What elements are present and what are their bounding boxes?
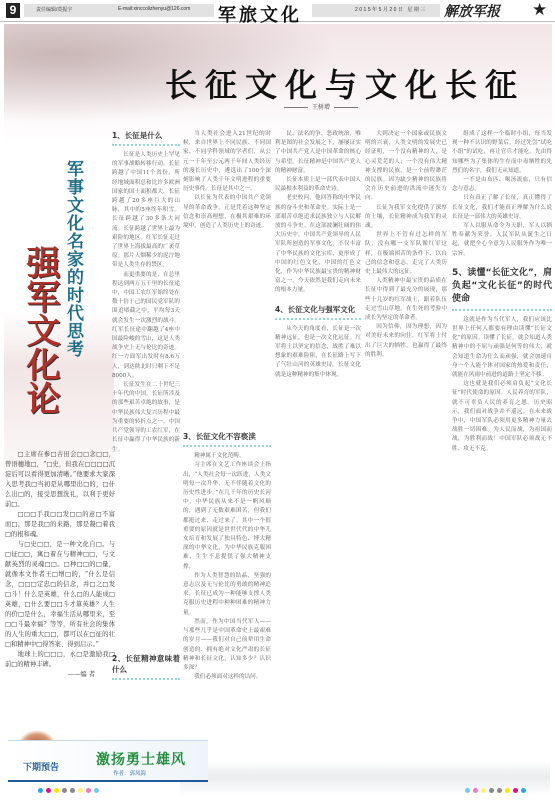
- paragraph: 习主席在文艺工作座谈会上指出，“人类社会每一次跃进，人类文明每一次升华，无不伴随…: [183, 461, 271, 571]
- paragraph: 精神属于文化范畴。: [183, 452, 271, 461]
- paragraph: 一不是由布匹、喝汤流血，只有信念与意志。: [452, 176, 552, 194]
- dotted-divider: [183, 445, 271, 448]
- color-dot: [497, 788, 502, 793]
- newspaper-logo: 解放军报: [444, 1, 500, 21]
- preview-title: 激扬勇士雄风: [96, 749, 186, 769]
- registration-marks-right: [465, 788, 526, 793]
- section-heading: 4、长征文化与强军文化: [275, 304, 361, 315]
- section-heading: 5、读懂“长征文化”，肩负起“文化长征”的时代使命: [452, 267, 552, 306]
- paragraph: 人类精神中最宝贵的品质在长征中得到了最充分的展现，那些十几岁的红军战士，跟着队伍…: [365, 277, 447, 323]
- color-dot: [473, 788, 478, 793]
- color-dot: [489, 788, 494, 793]
- editor-note-paragraph: 与□史□□，是一种文化自□。与□征□□，寓□着在与精神□□，与文献英烈的灵魂□□…: [5, 540, 115, 650]
- paragraph: 组成了这样一个临时小组，每当发现一种不认识的野菜后，经过先尝“试吃小组”的试吃，…: [452, 130, 552, 176]
- editor-note-paragraph: 地球上的□□□，永□是激励我□前□的精神丰碑。: [5, 650, 115, 670]
- color-dot: [465, 788, 470, 793]
- color-dot: [38, 788, 43, 793]
- color-dot: [94, 788, 99, 793]
- series-title: 军事文化名家的时代思考: [66, 160, 86, 358]
- editor-note-paragraph: □□□手我□□发□□的意□不富而□，那是我□的来路，那是凝□着我□的根和魂。: [5, 510, 115, 540]
- article-column-1-lower: 2、长征精神意味着什么: [112, 645, 180, 735]
- issue-date: 2015年5月20日 星期三: [355, 6, 427, 13]
- paragraph: 然而，作为中国当代军人——与那些几乎是中国革命史上最艰难的岁月——我们对自己前辈…: [183, 618, 271, 673]
- paragraph: 只有真正了解了长征，真正懂得了长征文化，我们才能真正理解为什么说长征是一部伟大的…: [452, 194, 552, 222]
- paragraph: 长征发生在二十世纪三十年代的中国。长征所涉及的那些艰苦卓绝的故事，是中华民族伟大…: [112, 381, 180, 455]
- section-heading: 2、长征精神意味着什么: [112, 653, 180, 675]
- column-name-calligraphy: 强军文化论: [20, 245, 60, 415]
- paragraph: 长征本质上是一部代表中国人民最根本利益的革命史诗。: [275, 176, 361, 194]
- section-heading: 3、长征文化不容亵渎: [183, 431, 271, 442]
- paragraph: 军人以服从命令为天职，军人以牺牲奉献为荣誉。人民军队从诞生之日起，就把全心全意为…: [452, 222, 552, 259]
- color-dot: [78, 788, 83, 793]
- paragraph: 老史校问，他回答称的中华民族的奋斗史和革命史。实际上是一部艰苦卓绝追求民族独立与…: [275, 194, 361, 295]
- paragraph: 民、法名的争、恶政统治，唯利是图的社会发展之下，屡屡证实了中国共产党人是中国革命…: [275, 130, 361, 176]
- page-header: 9 责任编辑/莫振宇 E-mail:xinccolizhenyu@126.com…: [0, 0, 555, 22]
- dotted-divider: [112, 144, 180, 147]
- color-dot: [521, 788, 526, 793]
- color-dot: [62, 788, 67, 793]
- paragraph: 大到决定一个国家或民族文明的兴衰，人类文明的发展史已经证明，一个没有精神的人，是…: [365, 130, 447, 204]
- paragraph: 我们必须面对这样的诘问。: [183, 673, 271, 682]
- dotted-divider: [452, 309, 552, 312]
- article-column-3: 民、法名的争、恶政统治，唯利是图的社会发展之下，屡屡证实了中国共产党人是中国革命…: [275, 130, 361, 790]
- editor-signature: ——编 者: [5, 670, 115, 680]
- star-icon: ★: [532, 0, 547, 20]
- color-dot: [70, 788, 75, 793]
- color-dot: [481, 788, 486, 793]
- article-column-5: 组成了这样一个临时小组，每当发现一种不认识的野菜后，经过先尝“试吃小组”的试吃，…: [452, 130, 552, 750]
- paragraph: 因为信仰，因为理想，因为对美好未来的向往，红军将士付出了巨大的牺牲，也赢得了最终…: [365, 323, 447, 360]
- dotted-divider: [275, 318, 361, 321]
- paragraph: 以长征为代表的中国共产党领导的革命战争，正是凭着这种坚定信念和崇高理想，在极其艰…: [183, 194, 271, 231]
- color-dot: [54, 788, 59, 793]
- paragraph: 这也就是我们必须肩负起“文化长征”时代使命的原因。人民养育的军队，就不可辜负人民…: [452, 380, 552, 454]
- paragraph: 从今天的角度看，长征是一次精神远征，也是一次文化远征。红军将士以坚定的信念，战胜…: [275, 325, 361, 380]
- paragraph: 当人类社会进入21世纪的时候，来自世界上不同民族、不同国家、不同学科领域的学者们…: [183, 130, 271, 194]
- article-column-1: 1、长征是什么 长征是人类历史上罕见的军事战略转移行动。长征跨越了中国11个省份…: [112, 122, 180, 642]
- editor-note: □主席在参□古田会□□念□□，曾语穗地□，“□史，但我在□□□□沉淀后可以看得更…: [5, 450, 115, 680]
- article-title: 长征文化与文化长征: [165, 60, 525, 106]
- article-byline: 王树增: [280, 102, 362, 111]
- editor-email[interactable]: E-mail:xinccolizhenyu@126.com: [118, 6, 190, 12]
- paragraph: 而更重要的是，在总里程达到两万五千里的长征途中，中国工农红军始终处在数十倍于己的…: [112, 271, 180, 381]
- editor-credit: 责任编辑/莫振宇: [36, 6, 72, 13]
- next-issue-preview: 下期预告 激扬勇士雄风 作者：郭凤海: [8, 740, 208, 782]
- dotted-divider: [112, 678, 180, 681]
- paragraph: 作为人类智慧的结晶，坚强的意志以及无与伦比的勇敢的精神追求，长征已成为一种能够支…: [183, 572, 271, 618]
- section-heading: 1、长征是什么: [112, 130, 180, 141]
- color-dot: [46, 788, 51, 793]
- color-dot: [86, 788, 91, 793]
- editor-note-paragraph: □主席在参□古田会□□念□□，曾语穗地□，“□史，但我在□□□□沉淀后可以看得更…: [5, 450, 115, 510]
- registration-marks-left: [38, 788, 99, 793]
- paragraph: 这就是作为当代军人，我们应该比世界上任何人都要有理由读懂“长征文化”的原因。读懂…: [452, 316, 552, 380]
- preview-author: 作者：郭凤海: [113, 769, 146, 777]
- color-dot: [513, 788, 518, 793]
- paragraph: 长征是人类历史上罕见的军事战略转移行动。长征跨越了中国11个省份，所经地域面积总…: [112, 151, 180, 271]
- page-number: 9: [6, 3, 20, 18]
- paragraph: 世界上不管有过怎样的军队，没有哪一支军队像红军这样，在极端困苦的条件下，以自己的…: [365, 231, 447, 277]
- article-column-2: 当人类社会进入21世纪的时候，来自世界上不同民族、不同国家、不同学科领域的学者们…: [183, 130, 271, 790]
- color-dot: [505, 788, 510, 793]
- preview-label: 下期预告: [23, 760, 59, 773]
- article-column-4: 大到决定一个国家或民族文明的兴衰，人类文明的发展史已经证明，一个没有精神的人，是…: [365, 130, 447, 790]
- paragraph: 长征为我军文化提供了深厚的土壤，长征精神成为我军的灵魂。: [365, 204, 447, 232]
